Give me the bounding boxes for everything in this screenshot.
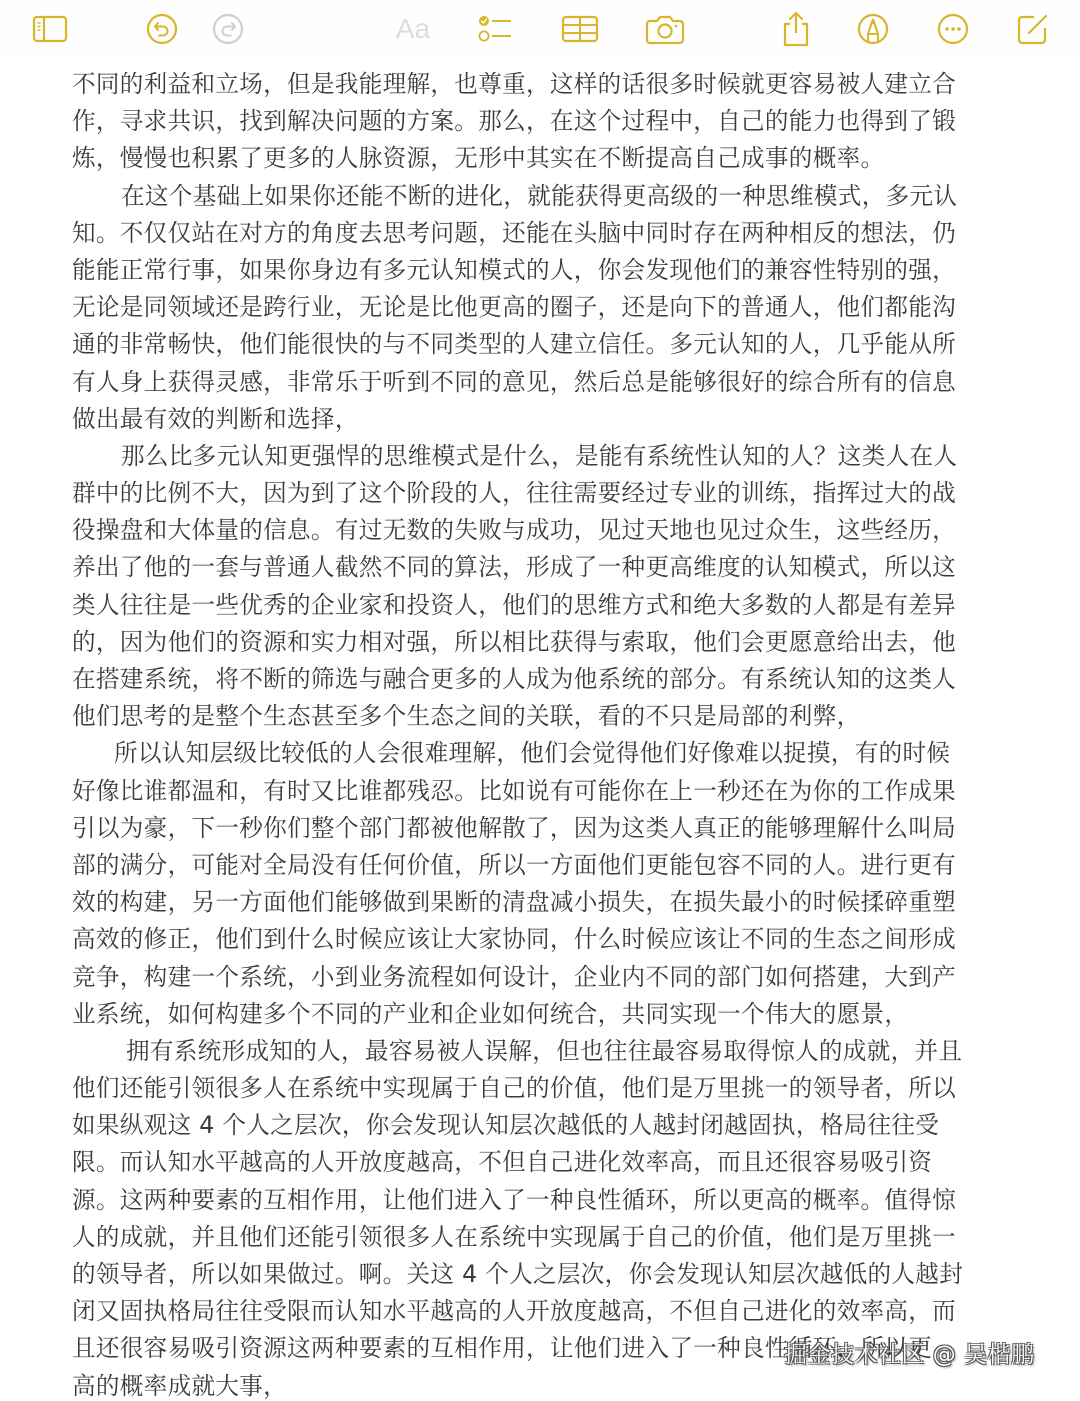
note-line: 所以认知层级比较低的人会很难理解，他们会觉得他们好像难以捉摸，有的时候 (72, 735, 997, 772)
note-line: 做出最有效的判断和选择， (72, 401, 997, 438)
note-line: 通的非常畅快，他们能很快的与不同类型的人建立信任。多元认知的人，几乎能从所 (72, 326, 997, 363)
table-icon (561, 14, 599, 44)
sidebar-icon (32, 14, 68, 44)
markup-pen-icon (856, 12, 890, 46)
checklist-button[interactable] (476, 10, 516, 48)
more-button[interactable] (933, 10, 973, 48)
note-line: 养出了他的一套与普通人截然不同的算法，形成了一种更高维度的认知模式，所以这 (72, 549, 997, 586)
redo-button[interactable] (208, 10, 248, 48)
note-line: 人的成就，并且他们还能引领很多人在系统中实现属于自己的价值，他们是万里挑一 (72, 1219, 997, 1256)
note-line: 限。而认知水平越高的人开放度越高，不但自己进化效率高，而且还很容易吸引资 (72, 1144, 997, 1181)
note-line: 引以为豪，下一秒你们整个部门都被他解散了，因为这类人真正的能够理解什么叫局 (72, 810, 997, 847)
note-line: 作，寻求共识，找到解决问题的方案。那么，在这个过程中，自己的能力也得到了锻 (72, 103, 997, 140)
note-line: 群中的比例不大，因为到了这个阶段的人，往往需要经过专业的训练，指挥过大的战 (72, 475, 997, 512)
undo-button[interactable] (142, 10, 182, 48)
note-line: 拥有系统形成知的人，最容易被人误解，但也往往最容易取得惊人的成就，并且 (72, 1033, 997, 1070)
note-line: 如果纵观这 4 个人之层次，你会发现认知层次越低的人越封闭越固执，格局往往受 (72, 1107, 997, 1144)
table-button[interactable] (560, 10, 600, 48)
note-line: 炼，慢慢也积累了更多的人脉资源，无形中其实在不断提高自己成事的概率。 (72, 140, 997, 177)
camera-icon (645, 13, 685, 45)
compose-note-icon (1016, 12, 1050, 46)
markup-button[interactable] (853, 10, 893, 48)
note-line: 高效的修正，他们到什么时候应该让大家协同，什么时候应该让不同的生态之间形成 (72, 921, 997, 958)
note-line: 且还很容易吸引资源这两种要素的互相作用，让他们进入了一种良性循环，所以更 (72, 1330, 997, 1367)
note-line: 他们还能引领很多人在系统中实现属于自己的价值，他们是万里挑一的领导者，所以 (72, 1070, 997, 1107)
notes-toolbar: Aa (0, 0, 1080, 60)
note-line: 的领导者，所以如果做过。啊。关这 4 个人之层次，你会发现认知层次越低的人越封 (72, 1256, 997, 1293)
note-line: 源。这两种要素的互相作用，让他们进入了一种良性循环，所以更高的概率。值得惊 (72, 1182, 997, 1219)
note-line: 竞争，构建一个系统，小到业务流程如何设计，企业内不同的部门如何搭建，大到产 (72, 959, 997, 996)
note-line: 知。不仅仅站在对方的角度去思考问题，还能在头脑中同时存在两种相反的想法，仍 (72, 215, 997, 252)
checklist-icon (477, 13, 515, 45)
note-line: 那么比多元认知更强悍的思维模式是什么，是能有系统性认知的人？这类人在人 (72, 438, 997, 475)
redo-icon (211, 12, 245, 46)
note-line: 在这个基础上如果你还能不断的进化，就能获得更高级的一种思维模式，多元认 (72, 178, 997, 215)
more-ellipsis-icon (936, 12, 970, 46)
note-line: 业系统，如何构建多个不同的产业和企业如何统合，共同实现一个伟大的愿景， (72, 996, 997, 1033)
note-line: 不同的利益和立场，但是我能理解，也尊重，这样的话很多时候就更容易被人建立合 (72, 66, 997, 103)
compose-button[interactable] (1013, 10, 1053, 48)
note-line: 在搭建系统，将不断的筛选与融合更多的人成为他系统的部分。有系统认知的这类人 (72, 661, 997, 698)
camera-button[interactable] (645, 10, 685, 48)
sidebar-toggle-button[interactable] (30, 10, 70, 48)
format-text-icon: Aa (396, 13, 430, 45)
share-button[interactable] (776, 10, 816, 48)
note-line: 他们思考的是整个生态甚至多个生态之间的关联，看的不只是局部的利弊， (72, 698, 997, 735)
note-line: 高的概率成就大事， (72, 1368, 997, 1401)
note-line: 好像比谁都温和，有时又比谁都残忍。比如说有可能你在上一秒还在为你的工作成果 (72, 773, 997, 810)
note-line: 效的构建，另一方面他们能够做到果断的清盘减小损失，在损失最小的时候揉碎重塑 (72, 884, 997, 921)
note-body-text[interactable]: 不同的利益和立场，但是我能理解，也尊重，这样的话很多时候就更容易被人建立合作，寻… (72, 66, 997, 1401)
note-line: 无论是同领域还是跨行业，无论是比他更高的圈子，还是向下的普通人，他们都能沟 (72, 289, 997, 326)
note-line: 类人往往是一些优秀的企业家和投资人，他们的思维方式和绝大多数的人都是有差异 (72, 587, 997, 624)
share-icon (780, 10, 812, 48)
note-line: 能能正常行事，如果你身边有多元认知模式的人，你会发现他们的兼容性特别的强， (72, 252, 997, 289)
format-button[interactable]: Aa (393, 10, 433, 48)
note-line: 闭又固执格局往往受限而认知水平越高的人开放度越高，不但自己进化的效率高，而 (72, 1293, 997, 1330)
undo-icon (145, 12, 179, 46)
note-line: 有人身上获得灵感，非常乐于听到不同的意见，然后总是能够很好的综合所有的信息 (72, 364, 997, 401)
note-line: 役操盘和大体量的信息。有过无数的失败与成功，见过天地也见过众生，这些经历， (72, 512, 997, 549)
note-line: 的，因为他们的资源和实力相对强，所以相比获得与索取，他们会更愿意给出去，他 (72, 624, 997, 661)
note-line: 部的满分，可能对全局没有任何价值，所以一方面他们更能包容不同的人。进行更有 (72, 847, 997, 884)
